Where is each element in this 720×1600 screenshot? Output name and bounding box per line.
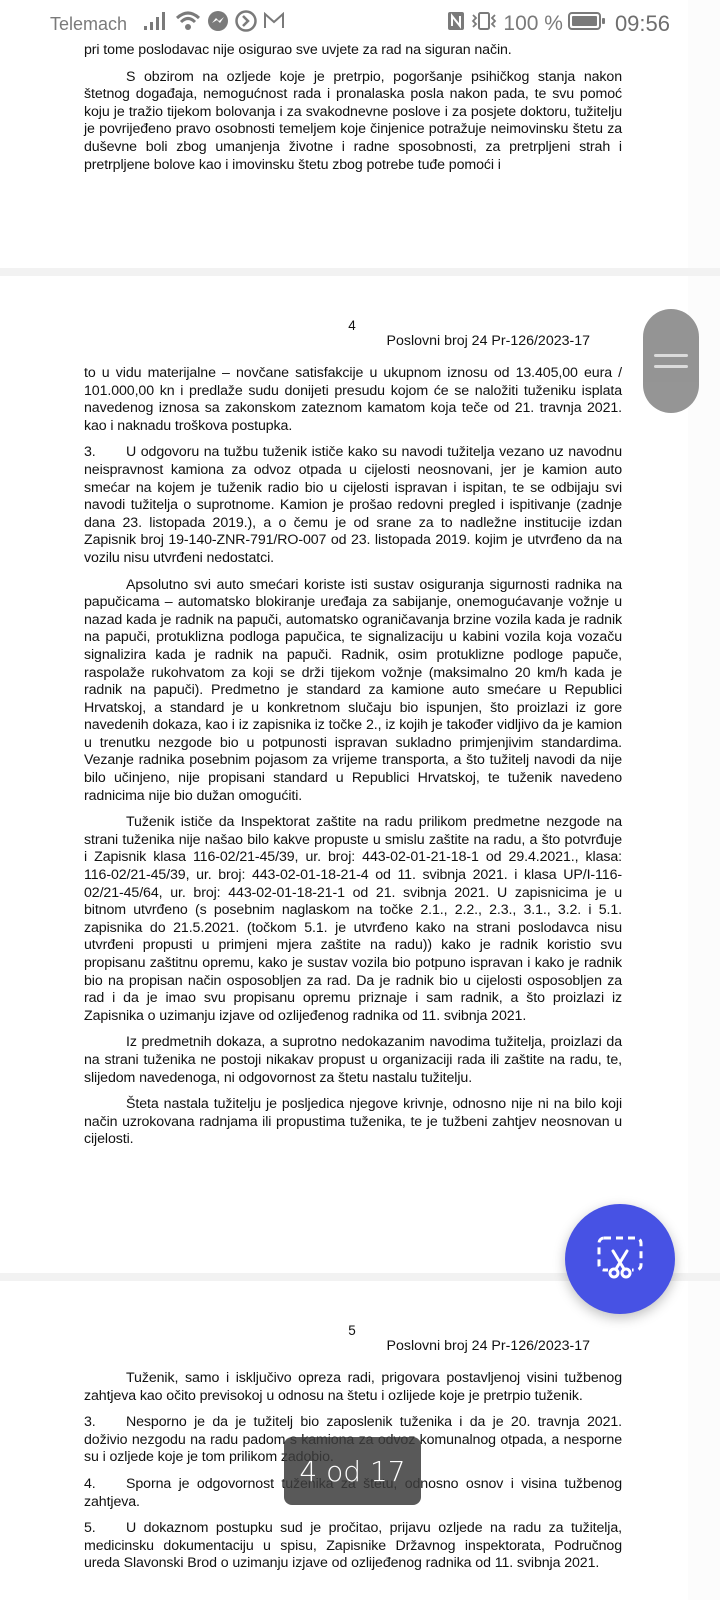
vibrate-icon (470, 11, 498, 37)
viber-icon (235, 10, 257, 38)
page-3-text: pri tome poslodavac nije osigurao sve uv… (84, 42, 622, 183)
page-indicator: 4 od 17 (284, 1437, 421, 1505)
page-number: 5 (0, 1323, 688, 1338)
status-bar-right: 100 % 09:56 (447, 11, 670, 37)
messenger-icon (207, 10, 229, 38)
page-4-text: to u vidu materijalne – novčane satisfak… (84, 365, 622, 1158)
drag-handle-icon (654, 365, 688, 368)
numbered-paragraph: 3.U odgovoru na tužbu tuženik ističe kak… (84, 444, 622, 567)
paragraph: Iz predmetnih dokaza, a suprotno nedokaz… (84, 1034, 622, 1087)
case-number: Poslovni broj 24 Pr-126/2023-17 (387, 333, 590, 349)
paragraph: Šteta nastala tužitelju je posljedica nj… (84, 1096, 622, 1149)
numbered-paragraph: 5.U dokaznom postupku sud je pročitao, p… (84, 1520, 622, 1573)
paragraph-number: 5. (84, 1520, 126, 1538)
nfc-icon (447, 11, 465, 37)
paragraph-text: U odgovoru na tužbu tuženik ističe kako … (84, 444, 622, 566)
paragraph: Tuženik, samo i isključivo opreza radi, … (84, 1370, 622, 1405)
gmail-icon (263, 12, 285, 36)
fast-scroll-handle[interactable] (643, 309, 699, 413)
page-separator (0, 268, 720, 276)
paragraph-number: 4. (84, 1476, 126, 1494)
carrier-name: Telemach (50, 14, 127, 35)
paragraph: Tuženik ističe da Inspektorat zaštite na… (84, 814, 622, 1025)
paragraph-number: 3. (84, 444, 126, 462)
wifi-icon (175, 10, 201, 38)
paragraph-text: U dokaznom postupku sud je pročitao, pri… (84, 1520, 622, 1571)
drag-handle-icon (654, 354, 688, 357)
paragraph: S obzirom na ozljede koje je pretrpio, p… (84, 69, 622, 175)
screenshot-crop-button[interactable] (565, 1204, 675, 1314)
screenshot-crop-scissors-icon (596, 1233, 644, 1286)
clock: 09:56 (615, 11, 670, 37)
pdf-page-4: 4 Poslovni broj 24 Pr-126/2023-17 to u v… (0, 276, 688, 1273)
page-number: 4 (0, 318, 704, 333)
paragraph-number: 3. (84, 1414, 126, 1432)
paragraph: to u vidu materijalne – novčane satisfak… (84, 365, 622, 435)
battery-icon (568, 11, 606, 37)
signal-icon (143, 11, 169, 37)
status-bar-left: Telemach (50, 10, 285, 38)
viewer-edge (688, 0, 720, 1600)
case-number: Poslovni broj 24 Pr-126/2023-17 (387, 1338, 590, 1354)
paragraph: Apsolutno svi auto smećari koriste isti … (84, 577, 622, 806)
pdf-viewer[interactable]: Telemach 100 % (0, 0, 720, 1600)
battery-percent: 100 % (503, 12, 563, 36)
status-bar: Telemach 100 % (0, 0, 720, 48)
